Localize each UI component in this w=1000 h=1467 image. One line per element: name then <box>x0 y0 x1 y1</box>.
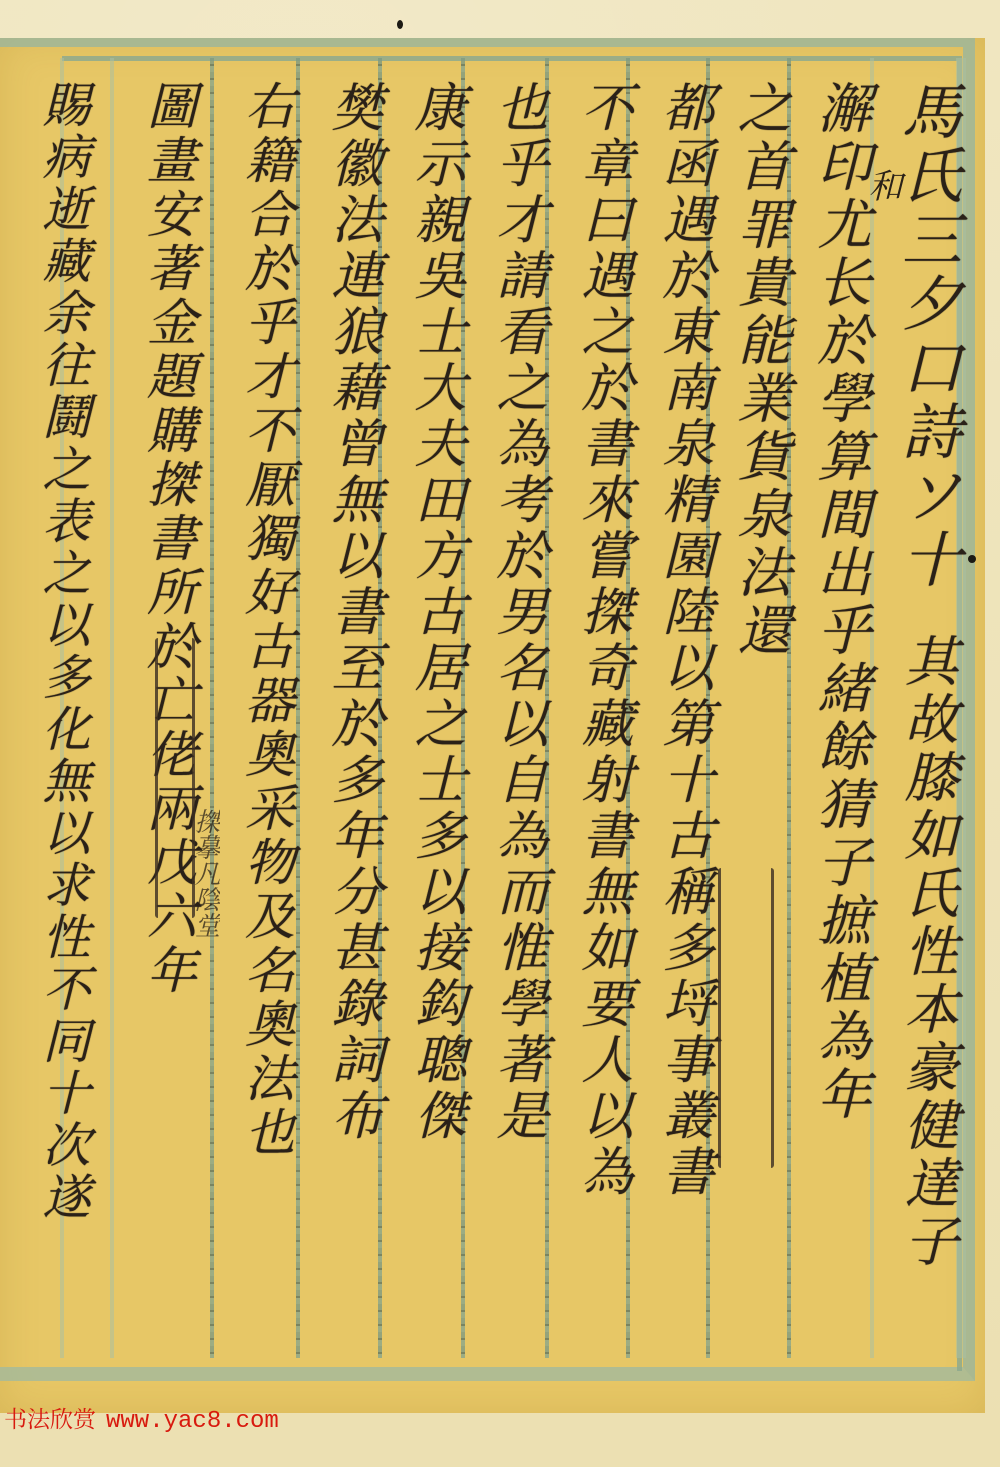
manuscript-sheet: 馬氏三夕口詩ソ十 其故膝如氏性本豪健達子 澥印尤长於學算間出乎緒餘猜子摭植為年 … <box>0 38 985 1413</box>
watermark-label: 书法欣赏 <box>4 1407 96 1433</box>
column-rule <box>110 58 114 1358</box>
text-column-9: 樊徽法連狼藉曾無以書至於多年分甚錄詞布 <box>305 80 395 1400</box>
text-column-3: 澥印尤长於學算間出乎緒餘猜子摭植為年 <box>795 80 885 1400</box>
correction-bracket <box>718 868 774 1168</box>
ink-dot-right-margin <box>968 555 976 563</box>
text-column-12: 賜病逝藏余往鬪之表之以多化無以求性不同十次遂 <box>12 80 102 1400</box>
ink-dot-top <box>397 20 403 29</box>
text-column-4: 之首罪貴能業貨泉法還 <box>715 80 805 1400</box>
site-watermark: 书法欣赏www.yac8.com <box>4 1406 279 1436</box>
text-column-10: 右籍合於乎才不厭獨好古器奧采物及名奧法也 <box>218 80 308 1400</box>
column-rule <box>210 58 214 1358</box>
text-column-6: 不章曰遇之於書來嘗搩奇藏射書無如要人以為 <box>555 80 645 1400</box>
interlinear-note-he: 和 <box>858 168 907 202</box>
watermark-url: www.yac8.com <box>106 1408 279 1435</box>
text-column-7: 也乎才請看之為考於男名以自為而惟學著是 <box>470 80 560 1400</box>
correction-bracket <box>155 638 195 918</box>
text-column-2: 其故膝如氏性本豪健達子 <box>880 633 970 1393</box>
interlinear-note-correction: 搩摹凡陰堂 <box>190 808 220 938</box>
text-column-5: 都函遇於東南泉精園陸以第十古稱多埒事叢書 <box>636 80 726 1400</box>
text-column-1: 馬氏三夕口詩ソ十 <box>880 80 970 592</box>
text-column-8: 康示親吳士大夫田方古居之士多以接鈎聰傑 <box>388 80 478 1400</box>
